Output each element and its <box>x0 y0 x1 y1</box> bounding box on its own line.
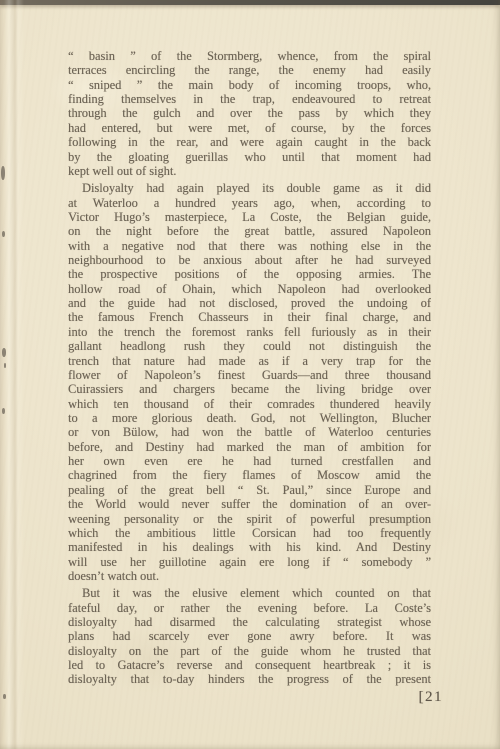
text-line: and the guide had not disclosed, proved … <box>68 296 431 310</box>
text-line: “ sniped ” the main body of incoming tro… <box>68 78 431 92</box>
edge-speck <box>2 231 5 237</box>
text-line: will use her guillotine again ere long i… <box>68 555 431 569</box>
text-line: gallant headlong rush they could not dis… <box>68 339 431 353</box>
edge-speck <box>2 348 6 357</box>
body-text-block: “ basin ” of the Stormberg, whence, from… <box>68 49 431 687</box>
text-line: which the ambitious little Corsican had … <box>68 526 431 540</box>
text-line: manifested in his dealings with his kind… <box>68 540 431 554</box>
text-line: disloyalty that to-day hinders the progr… <box>68 672 431 686</box>
scan-top-edge <box>0 0 500 5</box>
text-line: had entered, but were met, of course, by… <box>68 121 431 135</box>
text-line: with a negative nod that there was nothi… <box>68 239 431 253</box>
text-line: which ten thousand of their comrades thu… <box>68 397 431 411</box>
edge-speck <box>2 408 5 414</box>
text-line: pealing of the great bell “ St. Paul,” s… <box>68 483 431 497</box>
text-line: disloyalty had disarmed the calculating … <box>68 615 431 629</box>
text-line: doesn’t watch out. <box>68 569 431 583</box>
text-line: Victor Hugo’s masterpiece, La Coste, the… <box>68 210 431 224</box>
text-line: to a more glorious death. God, not Welli… <box>68 411 431 425</box>
text-line: hollow road of Ohain, which Napoleon had… <box>68 282 431 296</box>
text-line: through the gulch and over the pass by w… <box>68 106 431 120</box>
text-line: weening personality or the spirit of pow… <box>68 512 431 526</box>
text-line: following in the rear, and were again ca… <box>68 135 431 149</box>
text-line: before, and Destiny had marked the man o… <box>68 440 431 454</box>
paragraph: But it was the elusive element which cou… <box>68 586 431 687</box>
edge-speck <box>3 694 6 699</box>
page-number: [21 <box>68 689 443 706</box>
text-line: by the gloating guerillas who until that… <box>68 150 431 164</box>
text-line: the World would never suffer the dominat… <box>68 497 431 511</box>
text-line: or von Bülow, had won the battle of Wate… <box>68 425 431 439</box>
text-line: trench that nature had made as if a very… <box>68 354 431 368</box>
text-line: led to Gatacre’s reverse and consequent … <box>68 658 431 672</box>
text-line: Disloyalty had again played its double g… <box>68 181 431 195</box>
text-line: her own even ere he had turned crestfall… <box>68 454 431 468</box>
text-line: chagrined from the fiery flames of Mosco… <box>68 468 431 482</box>
paragraph: Disloyalty had again played its double g… <box>68 181 431 583</box>
paragraph: “ basin ” of the Stormberg, whence, from… <box>68 49 431 178</box>
edge-speck <box>4 363 6 368</box>
text-line: disloyalty on the part of the guide whom… <box>68 644 431 658</box>
text-line: fateful day, or rather the evening befor… <box>68 601 431 615</box>
text-line: “ basin ” of the Stormberg, whence, from… <box>68 49 431 63</box>
page-left-binding-edge <box>0 0 24 749</box>
text-line: the prospective positions of the opposin… <box>68 267 431 281</box>
text-line: kept well out of sight. <box>68 164 431 178</box>
text-line: Cuirassiers and chargers became the livi… <box>68 382 431 396</box>
text-line: the famous French Chasseurs in their fin… <box>68 310 431 324</box>
text-line: But it was the elusive element which cou… <box>68 586 431 600</box>
text-line: flower of Napoleon’s finest Guards—and t… <box>68 368 431 382</box>
text-line: plans had scarcely ever gone awry before… <box>68 629 431 643</box>
text-line: neighbourhood to be anxious about after … <box>68 253 431 267</box>
text-line: into the trench the foremost ranks fell … <box>68 325 431 339</box>
text-line: finding themselves in the trap, endeavou… <box>68 92 431 106</box>
text-line: on the night before the great battle, as… <box>68 224 431 238</box>
text-line: at Waterloo a hundred years ago, when, a… <box>68 196 431 210</box>
book-page-scan: “ basin ” of the Stormberg, whence, from… <box>0 0 500 749</box>
text-line: terraces encircling the range, the enemy… <box>68 63 431 77</box>
edge-speck <box>1 166 5 180</box>
